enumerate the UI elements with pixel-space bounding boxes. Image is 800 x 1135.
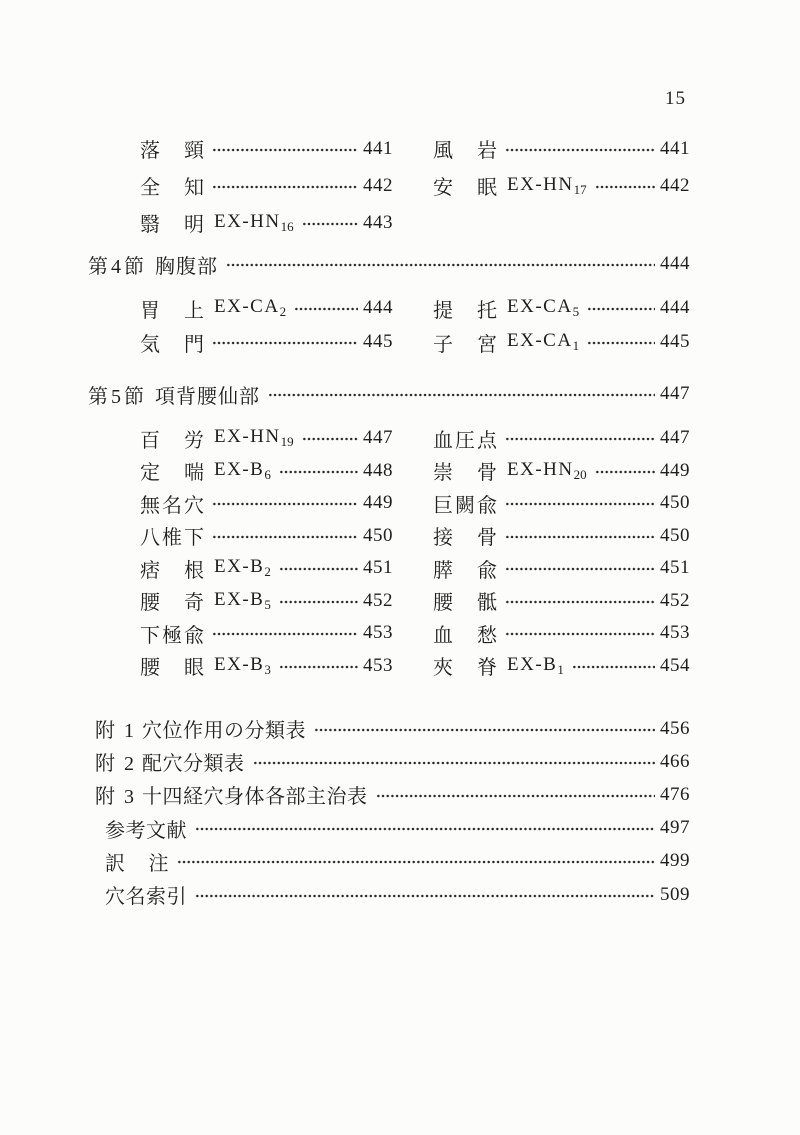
point-name: 下極兪 [140, 619, 204, 648]
point-name-char: 無 [140, 489, 160, 518]
point-code-subscript: 5 [573, 304, 580, 319]
dot-leader [212, 535, 358, 539]
page-ref: 444 [660, 297, 690, 319]
point-name-char: 明 [184, 208, 204, 237]
toc-cell-left: 定喘EX-B6448 [140, 455, 393, 488]
toc-entry: 八椎下450 [140, 521, 393, 550]
appendix-title: 訳注 [105, 847, 169, 876]
toc-entry: 膵兪451 [433, 554, 690, 583]
point-name-char: 胃 [140, 294, 160, 323]
toc-cell-right: 血圧点447 [433, 422, 690, 455]
point-name-char: 骨 [477, 521, 497, 550]
point-name: 全知 [140, 171, 204, 200]
toc-cell-left: 腰眼EX-B3453 [140, 650, 393, 683]
point-code: EX-B5 [214, 589, 271, 613]
point-name-char: 兪 [477, 554, 497, 583]
appendix-title: 穴位作用の分類表 [142, 714, 306, 743]
point-name-char: 八 [140, 521, 160, 550]
toc-entry: 痞根EX-B2451 [140, 554, 393, 583]
toc-entry: 血圧点447 [433, 424, 690, 453]
dot-leader [376, 794, 656, 798]
toc-cell-right: 接骨450 [433, 520, 690, 553]
point-code: EX-CA1 [507, 330, 579, 354]
point-code-subscript: 3 [264, 662, 271, 677]
toc-entry: 胃上EX-CA2444 [140, 294, 393, 323]
point-name-char: 奇 [184, 586, 204, 615]
toc-cell-left: 腰奇EX-B5452 [140, 585, 393, 618]
toc-entry: 腰骶452 [433, 586, 690, 615]
page-ref: 476 [660, 784, 690, 806]
toc-row: 全知442安眠EX-HN17442 [88, 167, 690, 204]
point-name-char: 托 [477, 294, 497, 323]
toc-cell-right [433, 204, 690, 241]
dot-leader [253, 761, 656, 765]
toc-row: 定喘EX-B6448崇骨EX-HN20449 [88, 455, 690, 488]
point-code: EX-HN17 [507, 174, 587, 198]
page-ref: 454 [660, 655, 690, 677]
toc-cell-right: 崇骨EX-HN20449 [433, 455, 690, 488]
section-label: 第5節 [88, 380, 147, 409]
point-code: EX-B2 [214, 556, 271, 580]
toc-entry: 夾脊EX-B1454 [433, 651, 690, 680]
head-neck-entries-block: 落頸441風岩441全知442安眠EX-HN17442翳明EX-HN16443 [88, 130, 690, 241]
point-code-subscript: 19 [281, 434, 294, 449]
point-name-char: 膵 [433, 554, 453, 583]
point-name-char: 岩 [477, 134, 497, 163]
point-code-subscript: 1 [557, 662, 564, 677]
toc-scanned-page: 15 落頸441風岩441全知442安眠EX-HN17442翳明EX-HN164… [0, 0, 800, 1135]
point-name-char: 定 [140, 456, 160, 485]
toc-cell-left: 八椎下450 [140, 520, 393, 553]
point-name: 痞根 [140, 554, 204, 583]
point-name-char: 眠 [477, 171, 497, 200]
toc-entry: 崇骨EX-HN20449 [433, 456, 690, 485]
page-ref: 450 [660, 492, 690, 514]
dot-leader [572, 665, 655, 669]
point-name: 提托 [433, 294, 497, 323]
appendix-block: 附 1穴位作用の分類表456附 2配穴分類表466附 3十四経穴身体各部主治表4… [88, 712, 690, 911]
point-name-char: 労 [184, 424, 204, 453]
point-name-char: 提 [433, 294, 453, 323]
point-name: 接骨 [433, 521, 497, 550]
point-name: 翳明 [140, 208, 204, 237]
point-name-char: 下 [140, 619, 160, 648]
page-ref: 449 [363, 492, 393, 514]
page-ref: 447 [660, 383, 690, 405]
point-name-char: 根 [184, 554, 204, 583]
dot-leader [505, 567, 655, 571]
dot-leader [177, 860, 655, 864]
dot-leader [268, 393, 655, 397]
point-code: EX-CA5 [507, 296, 579, 320]
dot-leader [212, 632, 358, 636]
dot-leader [279, 567, 358, 571]
toc-entry: 腰眼EX-B3453 [140, 651, 393, 680]
point-name: 子宮 [433, 328, 497, 357]
toc-row: 腰眼EX-B3453夾脊EX-B1454 [88, 650, 690, 683]
page-ref: 448 [363, 460, 393, 482]
point-name-char: 圧 [455, 424, 475, 453]
section-label: 第4節 [88, 250, 147, 279]
toc-cell-right: 巨闕兪450 [433, 487, 690, 520]
dot-leader [505, 437, 655, 441]
toc-row: 腰奇EX-B5452腰骶452 [88, 585, 690, 618]
toc-entry: 血愁453 [433, 619, 690, 648]
point-name-char: 骶 [477, 586, 497, 615]
dot-leader [212, 148, 358, 152]
point-code: EX-B1 [507, 654, 564, 678]
toc-entry: 無名穴449 [140, 489, 393, 518]
dot-leader [279, 600, 358, 604]
toc-cell-left: 痞根EX-B2451 [140, 552, 393, 585]
point-name-char: 巨 [433, 489, 453, 518]
toc-cell-right: 膵兪451 [433, 552, 690, 585]
toc-entry: 巨闕兪450 [433, 489, 690, 518]
page-ref: 453 [363, 655, 393, 677]
toc-entry: 風岩441 [433, 134, 690, 163]
appendix-title: 穴名索引 [105, 880, 187, 909]
point-code-subscript: 17 [574, 182, 587, 197]
appendix-label: 附 3 [95, 780, 142, 809]
page-ref: 450 [363, 525, 393, 547]
page-ref: 444 [363, 297, 393, 319]
point-code-subscript: 2 [280, 304, 287, 319]
page-ref: 445 [363, 331, 393, 353]
point-name: 血圧点 [433, 424, 497, 453]
toc-cell-left: 気門445 [140, 325, 393, 359]
point-name: 膵兪 [433, 554, 497, 583]
appendix-row: 附 3十四経穴身体各部主治表476 [88, 778, 690, 811]
dot-leader [195, 827, 655, 831]
point-name-char: 風 [433, 134, 453, 163]
point-name-char: 気 [140, 328, 160, 357]
page-ref: 444 [660, 253, 690, 275]
page-ref: 499 [660, 850, 690, 872]
page-ref: 452 [363, 590, 393, 612]
point-code-subscript: 1 [573, 338, 580, 353]
dot-leader [505, 600, 655, 604]
dot-leader [212, 341, 358, 345]
point-name-char: 翳 [140, 208, 160, 237]
toc-row: 落頸441風岩441 [88, 130, 690, 167]
point-name-char: 全 [140, 171, 160, 200]
page-ref: 441 [363, 138, 393, 160]
page-ref: 447 [363, 427, 393, 449]
point-name-char: 愁 [477, 619, 497, 648]
toc-cell-left: 百労EX-HN19447 [140, 422, 393, 455]
section4-header: 第4節胸腹部444 [88, 253, 690, 275]
point-code: EX-HN20 [507, 459, 587, 483]
dot-leader [195, 894, 655, 898]
point-name-char: 下 [184, 521, 204, 550]
page-ref: 442 [660, 175, 690, 197]
point-name-char: 血 [433, 619, 453, 648]
dot-leader [302, 222, 358, 226]
point-name-char: 名 [162, 489, 182, 518]
dot-leader [294, 307, 358, 311]
point-name: 腰奇 [140, 586, 204, 615]
toc-entry: 全知442 [140, 171, 393, 200]
point-name-char: 百 [140, 424, 160, 453]
point-name-char: 安 [433, 171, 453, 200]
dot-leader [279, 470, 358, 474]
toc-cell-left: 無名穴449 [140, 487, 393, 520]
point-name-char: 宮 [477, 328, 497, 357]
toc-row: 翳明EX-HN16443 [88, 204, 690, 241]
page-ref: 451 [660, 557, 690, 579]
point-name: 崇骨 [433, 456, 497, 485]
point-name: 胃上 [140, 294, 204, 323]
point-name-char: 接 [433, 521, 453, 550]
point-name-char: 腰 [433, 586, 453, 615]
point-name-char: 子 [433, 328, 453, 357]
point-code-subscript: 16 [281, 219, 294, 234]
toc-entry: 下極兪453 [140, 619, 393, 648]
appendix-title: 十四経穴身体各部主治表 [142, 780, 368, 809]
toc-row: 八椎下450接骨450 [88, 520, 690, 553]
page-ref: 497 [660, 817, 690, 839]
point-name-char: 腰 [140, 586, 160, 615]
appendix-label: 附 1 [95, 714, 142, 743]
back-lumbar-entries-block: 百労EX-HN19447血圧点447定喘EX-B6448崇骨EX-HN20449… [88, 422, 690, 682]
dot-leader [505, 502, 655, 506]
point-name-char: 喘 [184, 456, 204, 485]
appendix-row: 穴名索引509 [88, 878, 690, 911]
point-name-char: 痞 [140, 554, 160, 583]
point-code: EX-HN16 [214, 211, 294, 235]
dot-leader [587, 307, 655, 311]
page-ref: 442 [363, 175, 393, 197]
point-name-char: 血 [433, 424, 453, 453]
toc-entry: 定喘EX-B6448 [140, 456, 393, 485]
toc-cell-left: 胃上EX-CA2444 [140, 291, 393, 325]
page-ref: 466 [660, 751, 690, 773]
toc-entry: 翳明EX-HN16443 [140, 208, 393, 237]
toc-cell-left: 翳明EX-HN16443 [140, 204, 393, 241]
toc-row: 胃上EX-CA2444提托EX-CA5444 [88, 291, 690, 325]
toc-entry: 接骨450 [433, 521, 690, 550]
dot-leader [212, 185, 358, 189]
page-ref: 451 [363, 557, 393, 579]
point-code-subscript: 20 [574, 467, 587, 482]
toc-cell-right: 提托EX-CA5444 [433, 291, 690, 325]
point-code: EX-B3 [214, 654, 271, 678]
point-name-char: 点 [477, 424, 497, 453]
point-name: 落頸 [140, 134, 204, 163]
point-name-char: 穴 [184, 489, 204, 518]
section5-header: 第5節項背腰仙部447 [88, 383, 690, 405]
point-name-char: 落 [140, 134, 160, 163]
dot-leader [279, 665, 358, 669]
page-ref: 443 [363, 212, 393, 234]
toc-entry: 落頸441 [140, 134, 393, 163]
point-code: EX-CA2 [214, 296, 286, 320]
appendix-row: 附 2配穴分類表466 [88, 745, 690, 778]
toc-entry: 子宮EX-CA1445 [433, 328, 690, 357]
toc-cell-right: 血愁453 [433, 617, 690, 650]
toc-cell-right: 子宮EX-CA1445 [433, 325, 690, 359]
point-name-char: 骨 [477, 456, 497, 485]
point-name: 無名穴 [140, 489, 204, 518]
toc-entry: 気門445 [140, 328, 393, 357]
page-ref: 450 [660, 525, 690, 547]
toc-row: 百労EX-HN19447血圧点447 [88, 422, 690, 455]
point-name-char: 極 [162, 619, 182, 648]
toc-row: 気門445子宮EX-CA1445 [88, 325, 690, 359]
point-name-char: 眼 [184, 651, 204, 680]
point-name-char: 頸 [184, 134, 204, 163]
point-name-char: 脊 [477, 651, 497, 680]
toc-entry: 腰奇EX-B5452 [140, 586, 393, 615]
point-name: 腰骶 [433, 586, 497, 615]
page-ref: 453 [660, 622, 690, 644]
section-title: 項背腰仙部 [155, 380, 260, 409]
page-ref: 441 [660, 138, 690, 160]
point-name: 巨闕兪 [433, 489, 497, 518]
point-code: EX-B6 [214, 459, 271, 483]
toc-row: 痞根EX-B2451膵兪451 [88, 552, 690, 585]
section-title: 胸腹部 [155, 250, 218, 279]
appendix-title: 参考文献 [105, 814, 187, 843]
appendix-row: 参考文献497 [88, 812, 690, 845]
point-name: 腰眼 [140, 651, 204, 680]
point-name-char: 門 [184, 328, 204, 357]
dot-leader [226, 263, 655, 267]
point-name-char: 知 [184, 171, 204, 200]
dot-leader [212, 502, 358, 506]
dot-leader [595, 185, 655, 189]
point-name-char: 闕 [455, 489, 475, 518]
point-name-char: 兪 [477, 489, 497, 518]
point-name-char: 崇 [433, 456, 453, 485]
toc-cell-right: 安眠EX-HN17442 [433, 167, 690, 204]
toc-cell-right: 夾脊EX-B1454 [433, 650, 690, 683]
point-name-char: 上 [184, 294, 204, 323]
page-ref: 447 [660, 427, 690, 449]
point-name: 安眠 [433, 171, 497, 200]
toc-cell-right: 風岩441 [433, 130, 690, 167]
page-number: 15 [656, 88, 686, 110]
appendix-title-char: 訳 [105, 847, 126, 876]
point-name: 百労 [140, 424, 204, 453]
point-name-char: 椎 [162, 521, 182, 550]
toc-row: 無名穴449巨闕兪450 [88, 487, 690, 520]
toc-entry: 提托EX-CA5444 [433, 294, 690, 323]
page-ref: 449 [660, 460, 690, 482]
toc-cell-right: 腰骶452 [433, 585, 690, 618]
point-name-char: 腰 [140, 651, 160, 680]
page-ref: 453 [363, 622, 393, 644]
point-code: EX-HN19 [214, 426, 294, 450]
appendix-label: 附 2 [95, 747, 142, 776]
point-code-subscript: 5 [264, 597, 271, 612]
dot-leader [505, 632, 655, 636]
dot-leader [302, 437, 358, 441]
toc-cell-left: 下極兪453 [140, 617, 393, 650]
appendix-row: 附 1穴位作用の分類表456 [88, 712, 690, 745]
dot-leader [505, 148, 655, 152]
appendix-title: 配穴分類表 [142, 747, 245, 776]
toc-entry: 百労EX-HN19447 [140, 424, 393, 453]
point-name: 血愁 [433, 619, 497, 648]
point-code-subscript: 2 [264, 564, 271, 579]
point-name: 八椎下 [140, 521, 204, 550]
dot-leader [595, 470, 655, 474]
point-name: 気門 [140, 328, 204, 357]
appendix-title-char: 注 [149, 847, 170, 876]
toc-row: 下極兪453血愁453 [88, 617, 690, 650]
page-ref: 445 [660, 331, 690, 353]
point-name-char: 夾 [433, 651, 453, 680]
page-ref: 452 [660, 590, 690, 612]
appendix-row: 訳注499 [88, 845, 690, 878]
toc-cell-left: 落頸441 [140, 130, 393, 167]
point-code-subscript: 6 [264, 467, 271, 482]
dot-leader [587, 341, 655, 345]
chest-abdomen-entries-block: 胃上EX-CA2444提托EX-CA5444気門445子宮EX-CA1445 [88, 291, 690, 359]
point-name: 夾脊 [433, 651, 497, 680]
page-ref: 509 [660, 884, 690, 906]
toc-cell-left: 全知442 [140, 167, 393, 204]
dot-leader [314, 728, 655, 732]
dot-leader [505, 535, 655, 539]
point-name: 定喘 [140, 456, 204, 485]
point-name-char: 兪 [184, 619, 204, 648]
point-name: 風岩 [433, 134, 497, 163]
page-ref: 456 [660, 718, 690, 740]
toc-entry: 安眠EX-HN17442 [433, 171, 690, 200]
